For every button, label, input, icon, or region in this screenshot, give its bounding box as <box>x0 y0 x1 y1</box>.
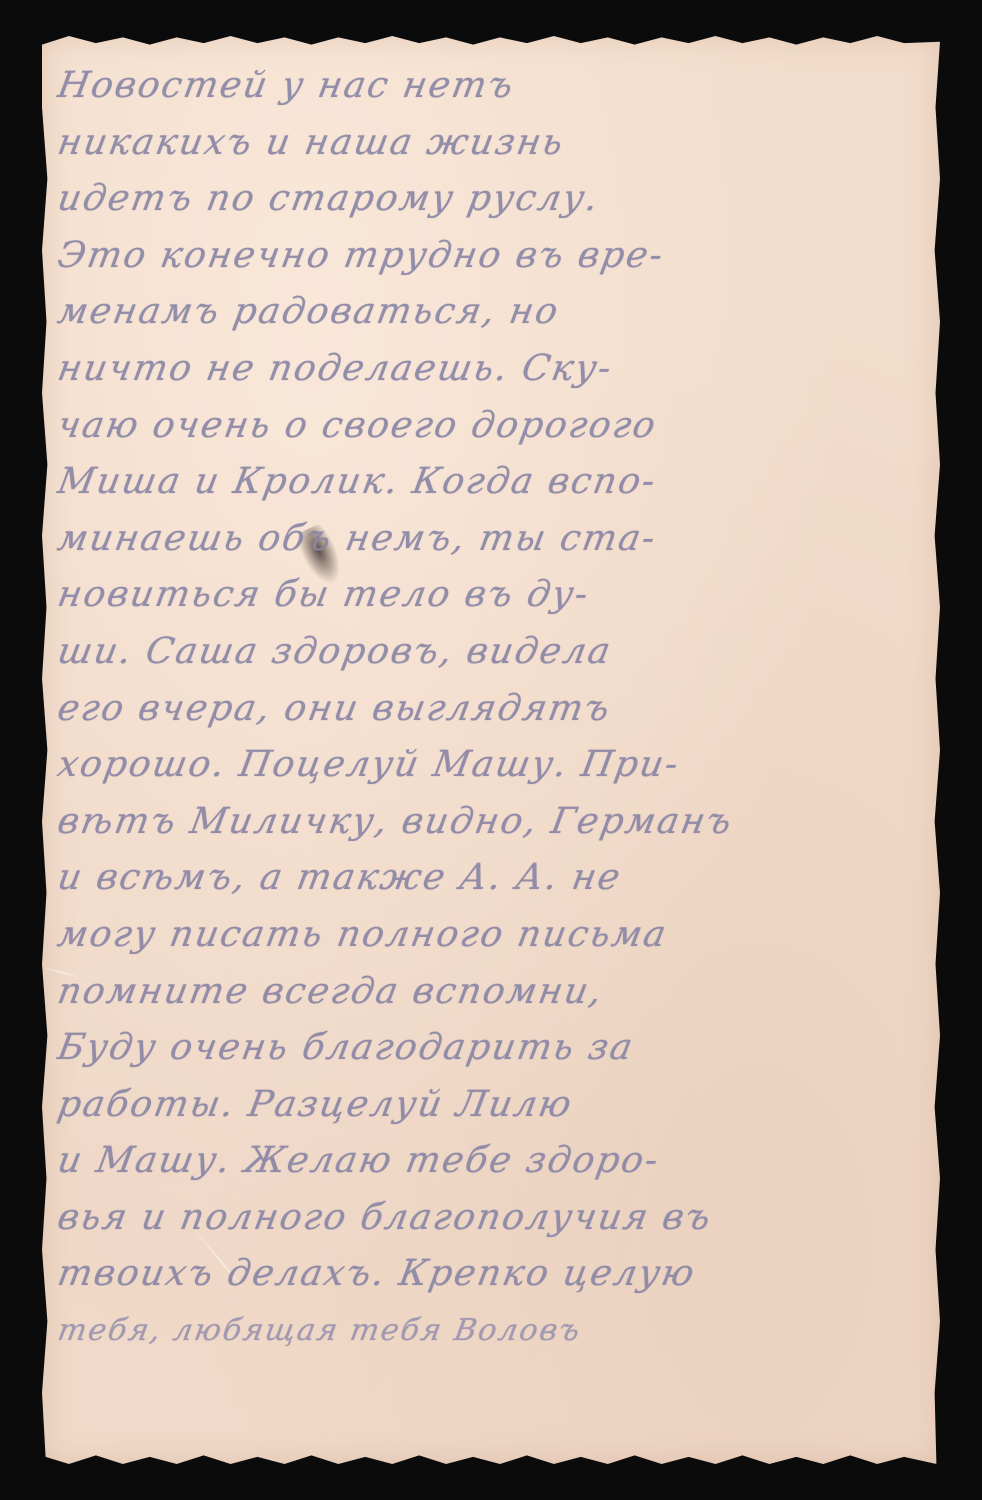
text-line: тебя, любящая тебя Воловъ <box>53 1303 943 1360</box>
text-line: могу писать полного письма <box>53 907 943 964</box>
text-line: его вчера, они выглядятъ <box>53 681 943 738</box>
text-line: Новостей у нас нетъ <box>53 58 943 115</box>
text-line: вья и полного благополучия въ <box>53 1190 943 1247</box>
text-line: идетъ по старому руслу. <box>53 171 943 228</box>
text-line: ничто не поделаешь. Ску- <box>53 341 943 398</box>
text-line: работы. Разцелуй Лилю <box>53 1077 943 1134</box>
text-line: помните всегда вспомни, <box>53 964 943 1021</box>
text-line: ши. Саша здоровъ, видела <box>53 624 943 681</box>
text-line: новиться бы тело въ ду- <box>53 567 943 624</box>
text-line: хорошо. Поцелуй Машу. При- <box>53 737 943 794</box>
text-line: чаю очень о своего дорогого <box>53 398 943 455</box>
handwritten-text: Новостей у нас нетъ никакихъ и наша жизн… <box>58 58 938 1360</box>
text-line: вѣтъ Миличку, видно, Германъ <box>53 794 943 851</box>
text-line: Миша и Кролик. Когда вспо- <box>53 454 943 511</box>
text-line: Это конечно трудно въ вре- <box>53 228 943 285</box>
text-line: никакихъ и наша жизнь <box>53 115 943 172</box>
text-line: минаешь объ немъ, ты ста- <box>53 511 943 568</box>
text-line: Буду очень благодарить за <box>53 1020 943 1077</box>
text-line: и всѣмъ, а также А. А. не <box>53 850 943 907</box>
text-line: твоихъ делахъ. Крепко целую <box>53 1246 943 1303</box>
text-line: и Машу. Желаю тебе здоро- <box>53 1133 943 1190</box>
text-line: менамъ радоваться, но <box>53 284 943 341</box>
